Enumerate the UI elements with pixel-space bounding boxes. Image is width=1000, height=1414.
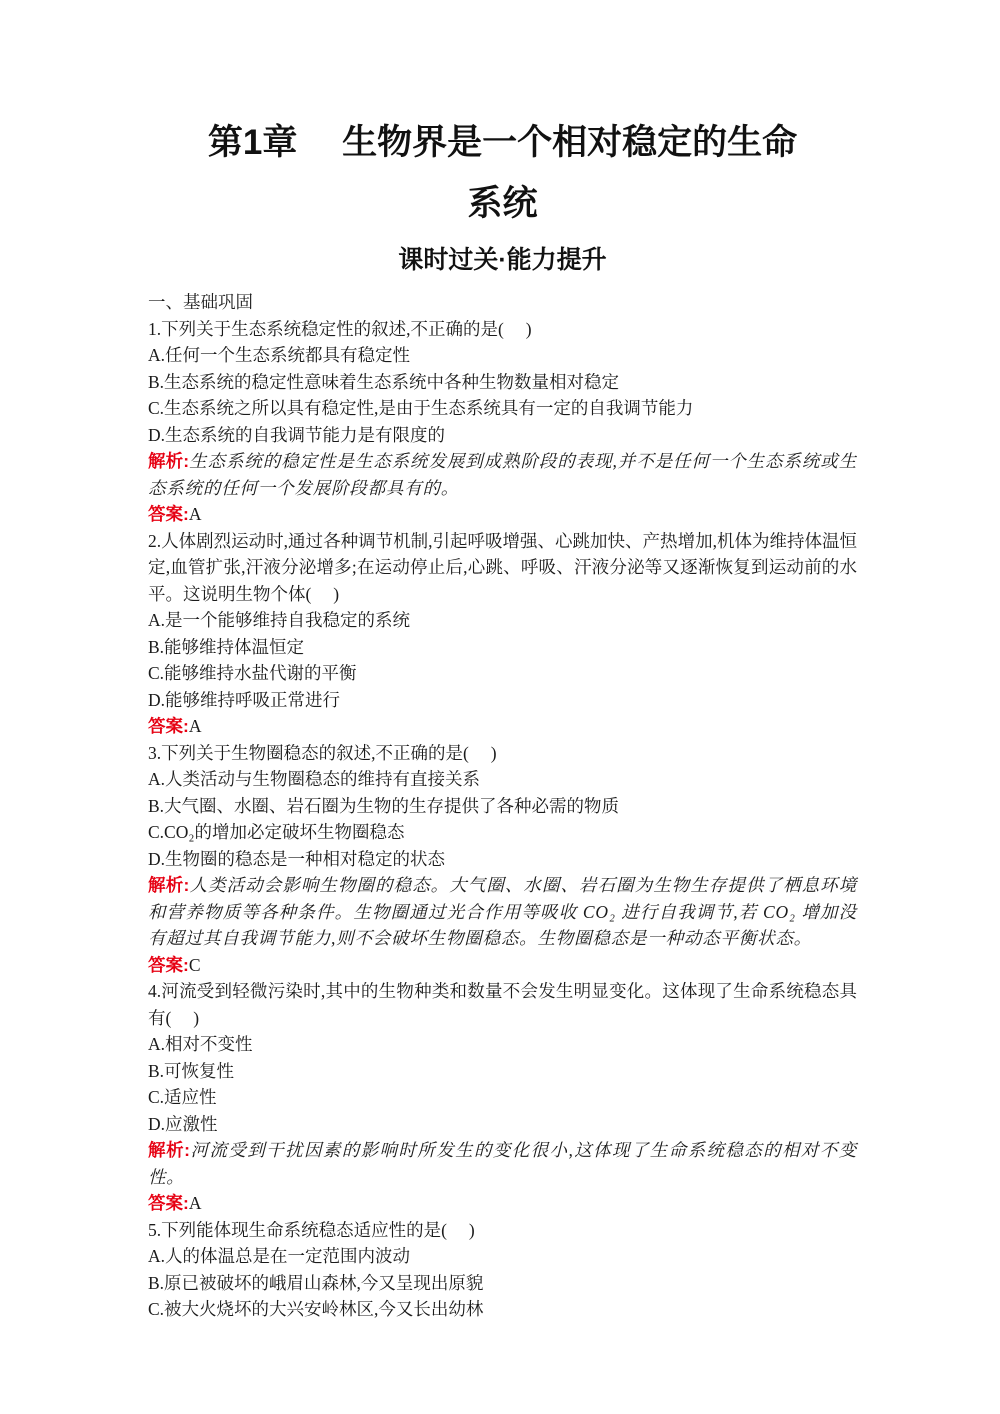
question-block: 2.人体剧烈运动时,通过各种调节机制,引起呼吸增强、心跳加快、产热增加,机体为维… [148, 528, 857, 740]
question-option: A.相对不变性 [148, 1031, 857, 1058]
answer-label: 答案: [148, 1193, 189, 1213]
question-option: B.生态系统的稳定性意味着生态系统中各种生物数量相对稳定 [148, 369, 857, 396]
analysis-label: 解析: [148, 1140, 190, 1160]
question-option: A.任何一个生态系统都具有稳定性 [148, 342, 857, 369]
question-block: 5.下列能体现生命系统稳态适应性的是( ) A.人的体温总是在一定范围内波动B.… [148, 1217, 857, 1323]
analysis-label: 解析: [148, 451, 189, 471]
question-options: A.人的体温总是在一定范围内波动B.原已被破坏的峨眉山森林,今又呈现出原貌C.被… [148, 1243, 857, 1323]
answer-value: A [189, 716, 202, 736]
questions-list: 1.下列关于生态系统稳定性的叙述,不正确的是( ) A.任何一个生态系统都具有稳… [148, 316, 857, 1323]
question-stem: 4.河流受到轻微污染时,其中的生物种类和数量不会发生明显变化。这体现了生命系统稳… [148, 978, 857, 1031]
question-option: D.应激性 [148, 1111, 857, 1138]
question-options: A.是一个能够维持自我稳定的系统B.能够维持体温恒定C.能够维持水盐代谢的平衡D… [148, 607, 857, 713]
question-option: B.可恢复性 [148, 1058, 857, 1085]
question-option: B.原已被破坏的峨眉山森林,今又呈现出原貌 [148, 1270, 857, 1297]
answer-label: 答案: [148, 716, 189, 736]
question-block: 3.下列关于生物圈稳态的叙述,不正确的是( ) A.人类活动与生物圈稳态的维持有… [148, 740, 857, 979]
question-option: C.被大火烧坏的大兴安岭林区,今又长出幼林 [148, 1296, 857, 1323]
question-option: D.能够维持呼吸正常进行 [148, 687, 857, 714]
question-options: A.人类活动与生物圈稳态的维持有直接关系B.大气圈、水圈、岩石圈为生物的生存提供… [148, 766, 857, 872]
analysis-text: 人类活动会影响生物圈的稳态。大气圈、水圈、岩石圈为生物生存提供了栖息环境和营养物… [148, 875, 857, 948]
answer-value: A [189, 504, 202, 524]
analysis-line: 解析:人类活动会影响生物圈的稳态。大气圈、水圈、岩石圈为生物生存提供了栖息环境和… [148, 872, 857, 952]
answer-line: 答案:A [148, 501, 857, 528]
question-option: C.适应性 [148, 1084, 857, 1111]
question-option: D.生态系统的自我调节能力是有限度的 [148, 422, 857, 449]
question-option: C.能够维持水盐代谢的平衡 [148, 660, 857, 687]
question-stem: 2.人体剧烈运动时,通过各种调节机制,引起呼吸增强、心跳加快、产热增加,机体为维… [148, 528, 857, 608]
answer-value: A [189, 1193, 202, 1213]
question-stem: 1.下列关于生态系统稳定性的叙述,不正确的是( ) [148, 316, 857, 343]
question-stem: 5.下列能体现生命系统稳态适应性的是( ) [148, 1217, 857, 1244]
analysis-line: 解析:河流受到干扰因素的影响时所发生的变化很小,这体现了生命系统稳态的相对不变性… [148, 1137, 857, 1190]
answer-label: 答案: [148, 504, 189, 524]
section-heading: 一、基础巩固 [148, 289, 857, 316]
question-option: D.生物圈的稳态是一种相对稳定的状态 [148, 846, 857, 873]
answer-line: 答案:C [148, 952, 857, 979]
question-options: A.任何一个生态系统都具有稳定性B.生态系统的稳定性意味着生态系统中各种生物数量… [148, 342, 857, 448]
question-option: C.生态系统之所以具有稳定性,是由于生态系统具有一定的自我调节能力 [148, 395, 857, 422]
question-option: B.能够维持体温恒定 [148, 634, 857, 661]
question-option: B.大气圈、水圈、岩石圈为生物的生存提供了各种必需的物质 [148, 793, 857, 820]
question-option: A.人类活动与生物圈稳态的维持有直接关系 [148, 766, 857, 793]
answer-line: 答案:A [148, 713, 857, 740]
question-options: A.相对不变性B.可恢复性C.适应性D.应激性 [148, 1031, 857, 1137]
chapter-title: 第1章 生物界是一个相对稳定的生命 系统 [148, 112, 857, 234]
question-block: 1.下列关于生态系统稳定性的叙述,不正确的是( ) A.任何一个生态系统都具有稳… [148, 316, 857, 528]
worksheet-subtitle: 课时过关·能力提升 [148, 244, 857, 276]
analysis-text: 河流受到干扰因素的影响时所发生的变化很小,这体现了生命系统稳态的相对不变性。 [148, 1140, 857, 1187]
question-option: A.人的体温总是在一定范围内波动 [148, 1243, 857, 1270]
question-block: 4.河流受到轻微污染时,其中的生物种类和数量不会发生明显变化。这体现了生命系统稳… [148, 978, 857, 1217]
chapter-title-line2: 系统 [467, 184, 537, 223]
answer-label: 答案: [148, 955, 189, 975]
analysis-text: 生态系统的稳定性是生态系统发展到成熟阶段的表现,并不是任何一个生态系统或生态系统… [148, 451, 857, 498]
question-stem: 3.下列关于生物圈稳态的叙述,不正确的是( ) [148, 740, 857, 767]
chapter-title-line1: 第1章 生物界是一个相对稳定的生命 [208, 123, 797, 162]
answer-value: C [189, 955, 201, 975]
analysis-label: 解析: [148, 875, 189, 895]
question-option: C.CO₂的增加必定破坏生物圈稳态 [148, 819, 857, 846]
analysis-line: 解析:生态系统的稳定性是生态系统发展到成熟阶段的表现,并不是任何一个生态系统或生… [148, 448, 857, 501]
question-option: A.是一个能够维持自我稳定的系统 [148, 607, 857, 634]
worksheet-page: 第1章 生物界是一个相对稳定的生命 系统 课时过关·能力提升 一、基础巩固 1.… [0, 0, 1000, 1414]
answer-line: 答案:A [148, 1190, 857, 1217]
